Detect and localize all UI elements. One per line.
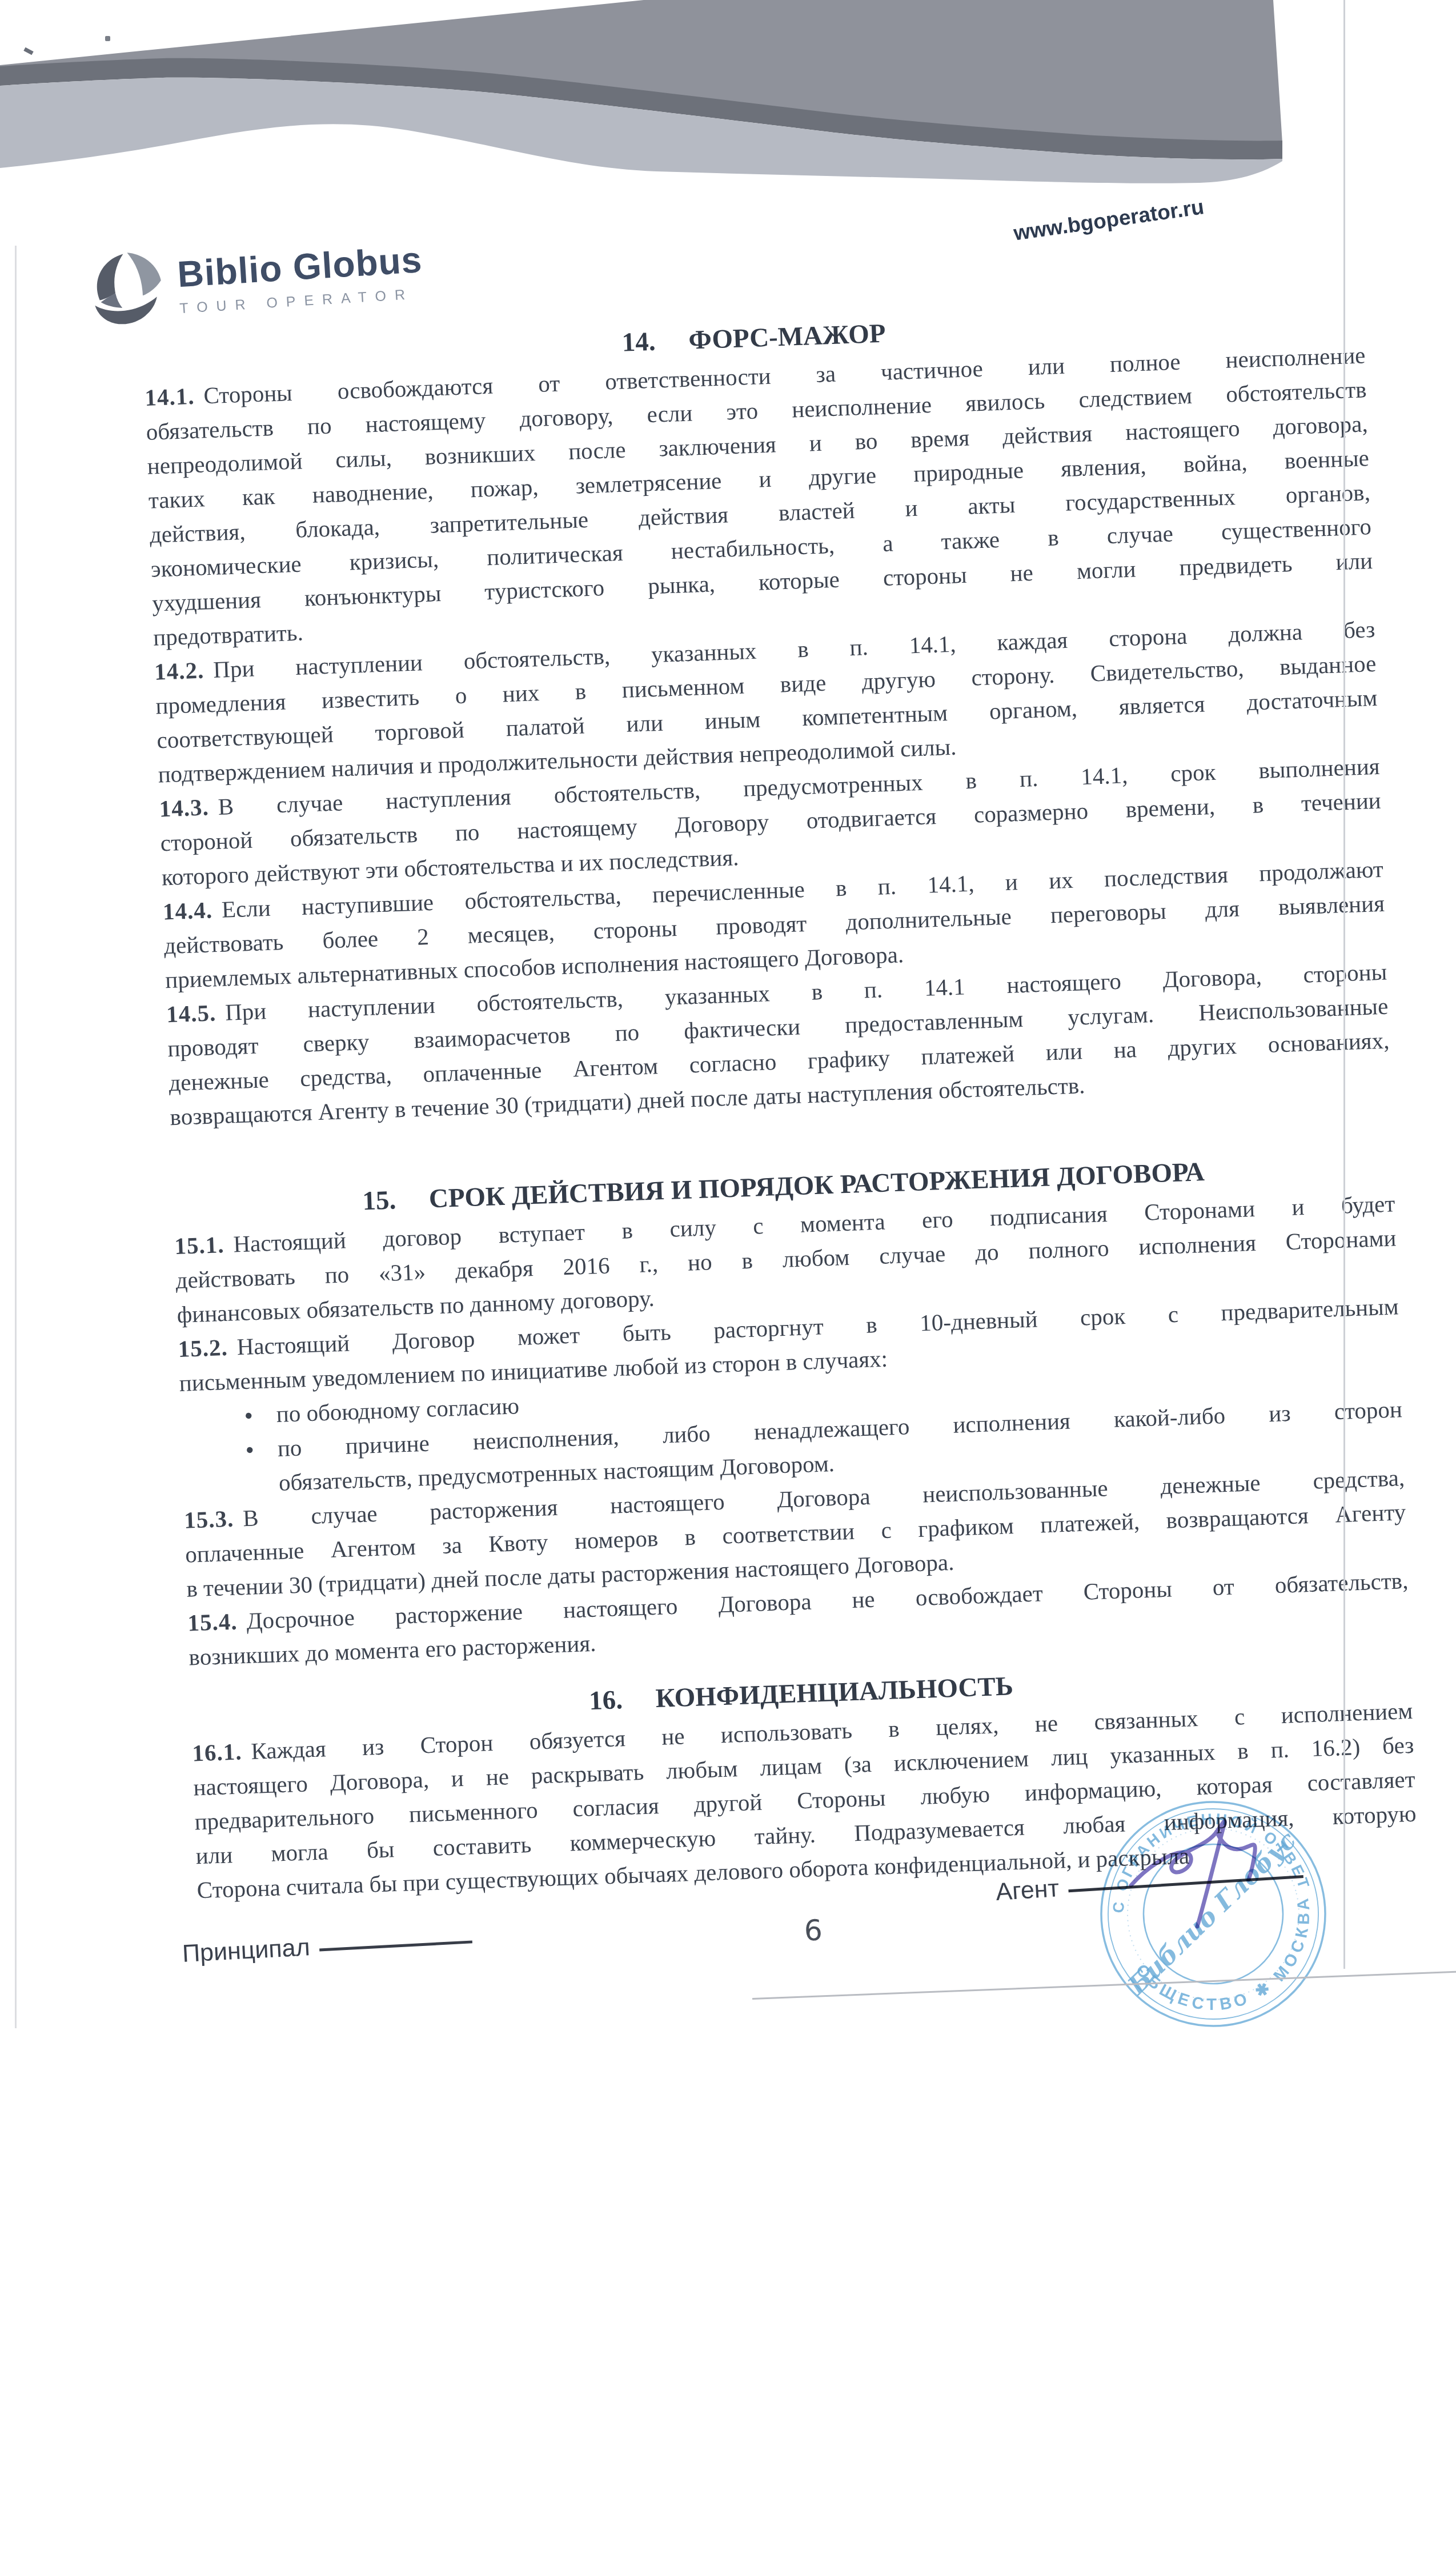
- agent-signature-ink: [1114, 1794, 1302, 1948]
- contract-text-block: 14.ФОРС-МАЖОР14.1.Стороны освобождаются …: [143, 295, 1418, 1907]
- bullet-icon: ●: [244, 1397, 277, 1433]
- section-title: КОНФИДЕНЦИАЛЬНОСТЬ: [655, 1671, 1014, 1713]
- scan-edge-line-right: [1343, 0, 1345, 1969]
- scan-edge-line-left: [15, 246, 17, 2028]
- clause-number: 15.3.: [183, 1505, 234, 1533]
- clause-number: 14.5.: [166, 999, 217, 1027]
- clause-number: 15.2.: [178, 1334, 228, 1362]
- section-number: 15.: [362, 1185, 397, 1216]
- clause-number: 14.1.: [145, 383, 195, 411]
- principal-signature-line: [319, 1938, 472, 1951]
- clause-number: 16.1.: [192, 1738, 243, 1766]
- section-title: ФОРС-МАЖОР: [688, 319, 887, 355]
- globe-swirl-icon: [86, 247, 166, 333]
- header-swoosh-graphic: [0, 0, 1456, 263]
- scanned-contract-page: www.bgoperator.ru Biblio Globus TOUR OPE…: [0, 0, 1456, 2571]
- logo-title: Biblio Globus: [177, 241, 423, 293]
- page-number: 6: [804, 1913, 823, 1947]
- section-number: 16.: [588, 1685, 623, 1716]
- paragraph-141: 14.1.Стороны освобождаются от ответствен…: [145, 338, 1374, 654]
- principal-signature-block: Принципал: [182, 1925, 472, 1968]
- agent-label: Агент: [995, 1875, 1060, 1906]
- clause-number: 15.1.: [174, 1231, 225, 1259]
- clause-number: 15.4.: [187, 1608, 238, 1636]
- document-flow: 14.ФОРС-МАЖОР14.1.Стороны освобождаются …: [143, 295, 1418, 1907]
- bullet-icon: ●: [245, 1432, 278, 1467]
- clause-number: 14.2.: [154, 657, 205, 685]
- clause-number: 14.3.: [159, 794, 210, 822]
- principal-label: Принципал: [182, 1933, 311, 1968]
- clause-number: 14.4.: [162, 896, 213, 924]
- scan-speck: [105, 36, 110, 41]
- section-number: 14.: [621, 327, 656, 358]
